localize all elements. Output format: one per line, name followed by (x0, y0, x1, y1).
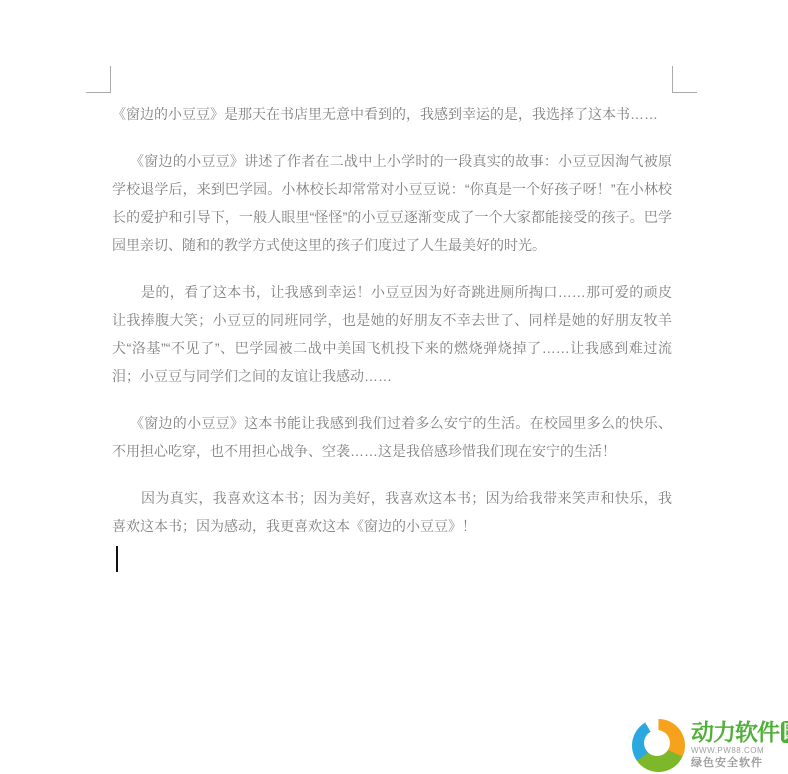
text-cursor (116, 546, 118, 572)
paragraph[interactable]: 《窗边的小豆豆》讲述了作者在二战中上小学时的一段真实的故事：小豆豆因淘气被原学校… (112, 147, 672, 259)
brand-name: 动力软件 园 (691, 719, 788, 745)
swirl-logo-center (644, 730, 670, 756)
brand-name-main: 动力软件 (691, 721, 779, 744)
swirl-logo-icon (632, 719, 685, 772)
brand-slogan: 绿色安全软件 (691, 757, 788, 770)
brand-url: WWW.PW88.COM (691, 747, 788, 756)
text-boundary-mark-top-right (672, 66, 697, 93)
document-text-area[interactable]: 《窗边的小豆豆》是那天在书店里无意中看到的，我感到幸运的是，我选择了这本书…… … (112, 100, 672, 559)
brand-name-badge: 园 (781, 721, 788, 743)
paragraph[interactable]: 《窗边的小豆豆》是那天在书店里无意中看到的，我感到幸运的是，我选择了这本书…… (112, 100, 672, 128)
paragraph[interactable]: 是的，看了这本书，让我感到幸运！小豆豆因为好奇跳进厕所掏口……那可爱的顽皮让我捧… (112, 278, 672, 390)
watermark-logo: 动力软件 园 WWW.PW88.COM 绿色安全软件 (632, 719, 788, 772)
paragraph[interactable]: 因为真实，我喜欢这本书；因为美好，我喜欢这本书；因为给我带来笑声和快乐，我喜欢这… (112, 484, 672, 540)
text-boundary-mark-top-left (86, 66, 111, 93)
watermark-text-block: 动力软件 园 WWW.PW88.COM 绿色安全软件 (691, 719, 788, 770)
document-page: 《窗边的小豆豆》是那天在书店里无意中看到的，我感到幸运的是，我选择了这本书…… … (0, 0, 788, 774)
paragraph[interactable]: 《窗边的小豆豆》这本书能让我感到我们过着多么安宁的生活。在校园里多么的快乐、不用… (112, 409, 672, 465)
